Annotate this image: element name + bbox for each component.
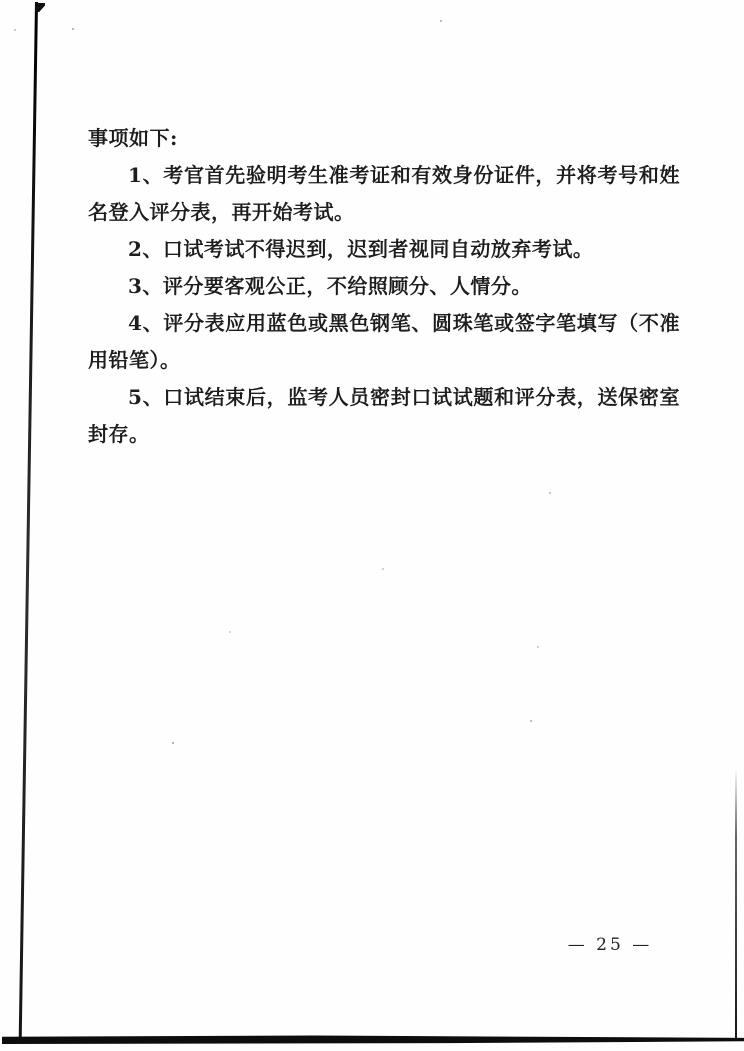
scan-edge-left-line: [19, 2, 38, 1042]
scan-noise-specks: [0, 0, 2, 2]
list-item-4: 4、评分表应用蓝色或黑色钢笔、圆珠笔或签字笔填写（不准用铅笔）。: [88, 305, 680, 379]
scan-mark-top-left: [35, 3, 45, 12]
scan-edge-bottom-line: [2, 1035, 744, 1044]
scanned-document-page: 事项如下: 1、考官首先验明考生准考证和有效身份证件，并将考号和姓名登入评分表，…: [0, 0, 744, 1051]
list-item-1: 1、考官首先验明考生准考证和有效身份证件，并将考号和姓名登入评分表，再开始考试。: [88, 157, 680, 231]
list-item-5: 5、口试结束后，监考人员密封口试试题和评分表，送保密室封存。: [88, 379, 680, 453]
intro-line: 事项如下:: [88, 120, 680, 157]
page-number: — 25 —: [565, 934, 655, 956]
list-item-2: 2、口试考试不得迟到，迟到者视同自动放弃考试。: [88, 231, 680, 268]
list-item-3: 3、评分要客观公正，不给照顾分、人情分。: [88, 268, 680, 305]
scan-edge-right-line: [735, 768, 737, 1040]
document-body: 事项如下: 1、考官首先验明考生准考证和有效身份证件，并将考号和姓名登入评分表，…: [88, 120, 680, 453]
